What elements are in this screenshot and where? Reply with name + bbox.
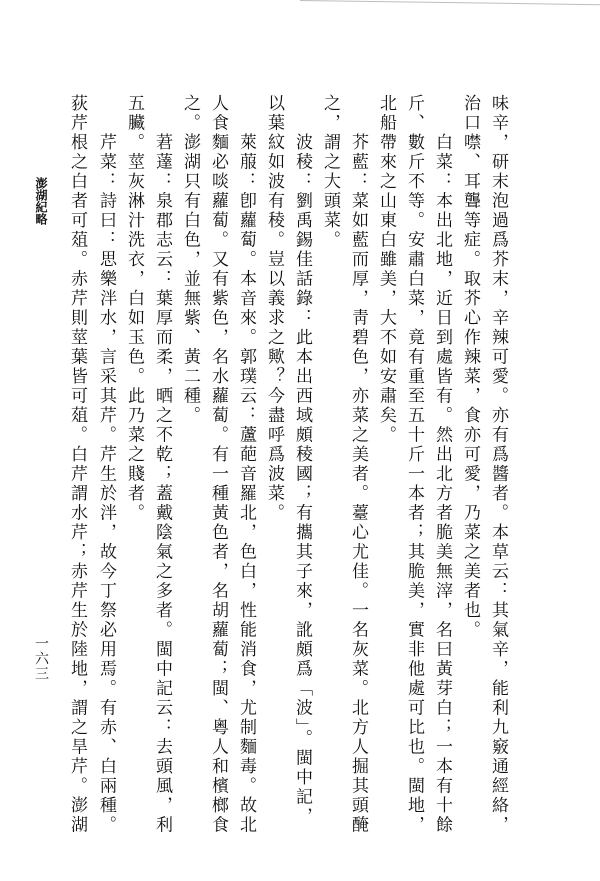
running-head-title: 澎湖紀略 bbox=[34, 177, 48, 225]
text-column-9: 以葉紋如波有稜。豈以義求之歟？今盡呼爲波菜。 bbox=[263, 94, 285, 523]
text-column-1: 味辛，研末泡過爲芥末，辛辣可愛。亦有爲醬者。本草云：其氣辛，能利九竅通經絡， bbox=[487, 94, 509, 835]
text-column-12: 之。澎湖只有白色，並無紫、黃二種。 bbox=[179, 94, 201, 426]
text-column-16: 荻芹根之白者可葅。赤芹則莖葉皆可葅。白芹謂水芹；赤芹生於陸地，謂之旱芹。澎湖 bbox=[66, 94, 88, 835]
text-column-13: 莙薘：泉郡志云：葉厚而柔，晒之不乾；蓋戴陰氣之多者。閩中記云：去頭風，利 bbox=[151, 133, 173, 835]
text-column-2: 治口噤、耳聾等症。取芥心作辣菜，食亦可愛，乃菜之美者也。 bbox=[459, 94, 481, 640]
text-column-4: 斤、數斤不等。安肅白菜，竟有重至五十斤一本者；其脆美，實非他處可比也。閩地， bbox=[403, 94, 425, 835]
text-column-14: 五臟。莖灰淋汁洗衣，白如玉色。此乃菜之賤者。 bbox=[123, 94, 145, 523]
text-column-8: 波稜：劉禹錫佳話錄：此本出西域頗稜國；有攜其子來，訛頗爲「波」。閩中記， bbox=[291, 133, 313, 827]
text-column-7: 之，謂之大頭菜。 bbox=[319, 94, 341, 250]
text-column-11: 人食麵必啖蘿蔔。又有紫色，名水蘿蔔。有一種黃色者，名胡蘿蔔；閩、粵人和檳榔食 bbox=[207, 94, 229, 835]
text-column-10: 萊菔：卽蘿蔔。本音來。郭璞云：蘆葩音羅北，色白，性能消食，尤制麵毒。故北 bbox=[235, 133, 257, 835]
text-column-5: 北船帶來之山東白雖美，大不如安肅矣。 bbox=[375, 94, 397, 445]
text-column-6: 芥藍：菜如藍而厚，靑碧色，亦菜之美者。薹心尤佳。一名灰菜。北方人掘其頭醃 bbox=[347, 133, 369, 835]
text-column-15: 芹菜：詩曰：思樂泮水，言采其芹。芹生於泮，故今丁祭必用焉。有赤、白兩種。 bbox=[95, 133, 117, 835]
text-column-3: 白菜：本出北地，近日到處皆有。然出北方者脆美無滓，名曰黃芽白；一本有十餘 bbox=[431, 133, 453, 835]
page-number: 一六三 bbox=[33, 636, 49, 681]
document-page: 味辛，研末泡過爲芥末，辛辣可愛。亦有爲醬者。本草云：其氣辛，能利九竅通經絡， 治… bbox=[0, 0, 600, 881]
